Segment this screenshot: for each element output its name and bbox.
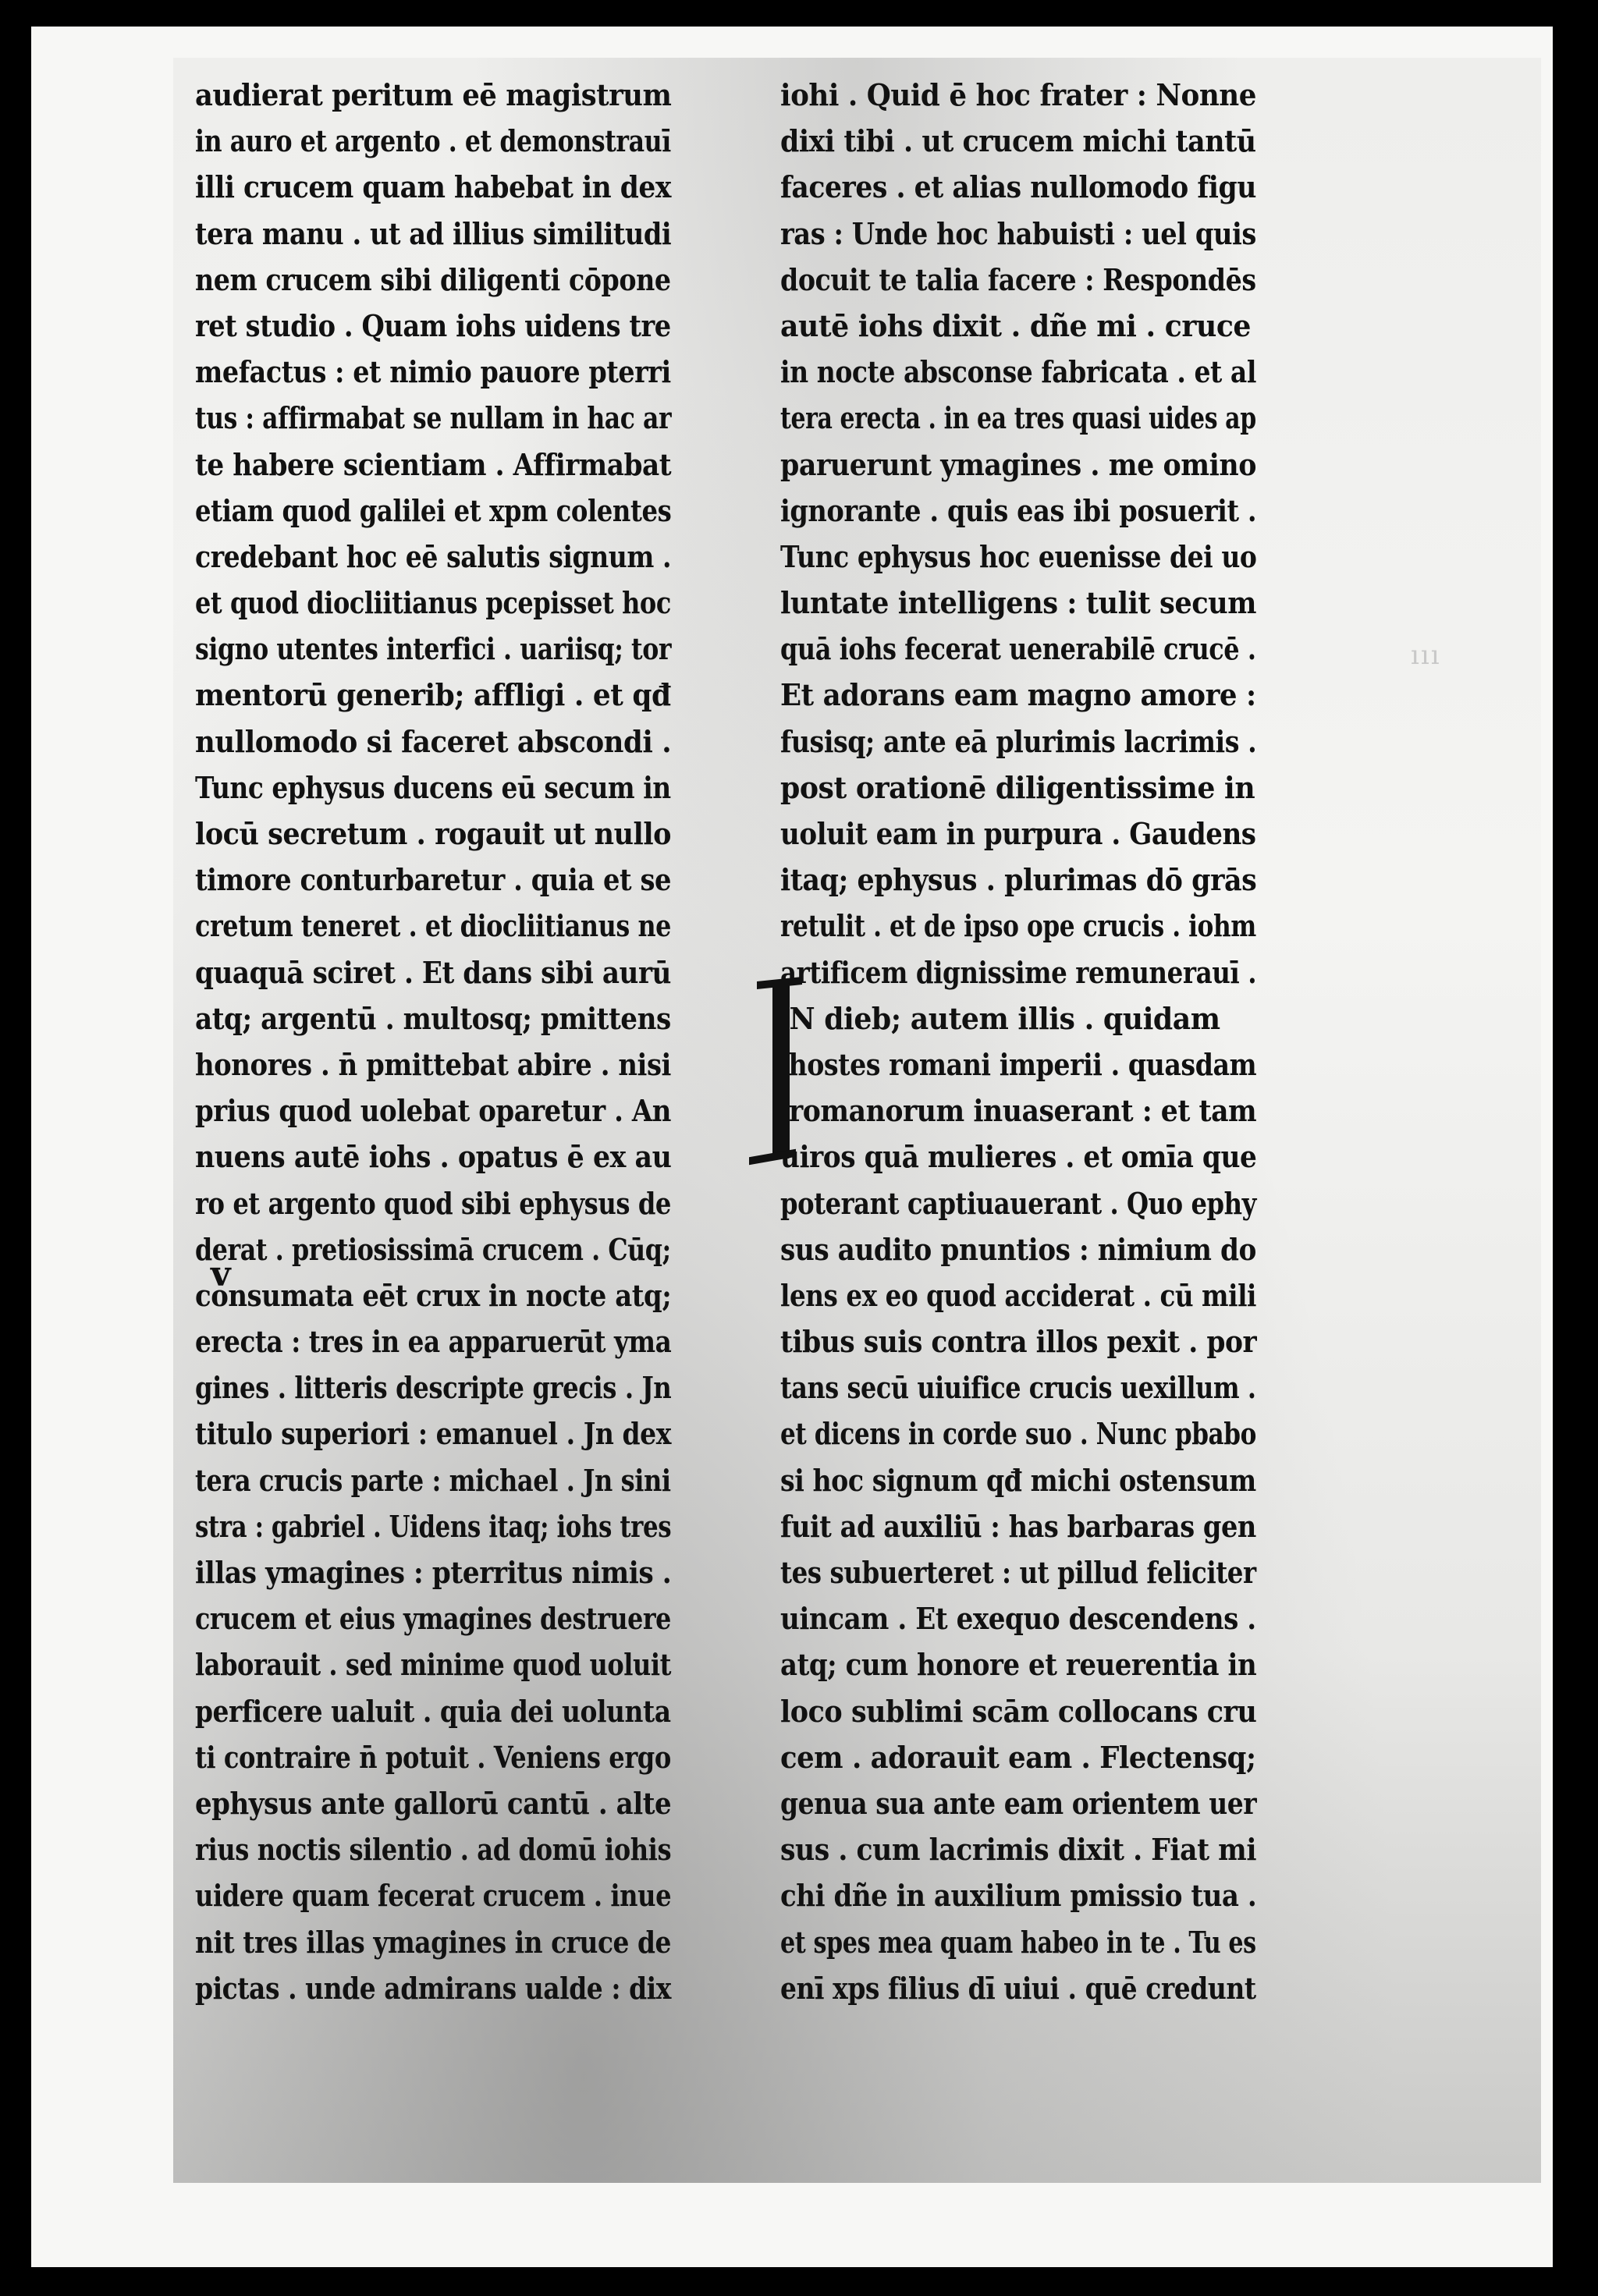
text-line: iohi . Quid ē hoc frater : Nonne: [780, 72, 1249, 118]
text-line: si hoc signum qđ michi ostensum: [780, 1457, 1216, 1503]
text-line: nem crucem sibi diligenti cōpone: [195, 257, 632, 303]
text-line: erecta : tres in ea apparuerūt yma: [195, 1318, 624, 1364]
text-line: tera manu . ut ad illius similitudi: [195, 211, 637, 257]
text-line: romanorum inuaserant : et tam: [780, 1088, 1236, 1134]
text-line: fusisq; ante eā plurimis lacrimis .: [780, 719, 1216, 765]
text-line: dixi tibi . ut crucem michi tantū: [780, 118, 1238, 164]
text-line: luntate intelligens : tulit secum: [780, 580, 1242, 626]
text-line: sus audito pnuntios : nimium do: [780, 1226, 1231, 1272]
text-line: mentorū generib; affligi . et qđ: [195, 672, 666, 718]
text-line: autē iohs dixit . dñe mi . cruce: [780, 303, 1256, 349]
text-line: enī xps filius dī uiui . quē credunt: [780, 1965, 1213, 2011]
text-line: quā iohs fecerat uenerabilē crucē .: [780, 626, 1200, 672]
text-line: et dicens in corde suo . Nunc pbabo: [780, 1411, 1188, 1457]
right-text-column: iohi . Quid ē hoc frater : Nonnedixi tib…: [780, 72, 1280, 2011]
text-line: nullomodo si faceret abscondi .: [195, 719, 662, 765]
text-line: audierat peritum eē magistrum: [195, 72, 659, 118]
text-line: fuit ad auxiliū : has barbaras gen: [780, 1503, 1222, 1549]
text-line: laborauit . sed minime quod uoluit: [195, 1641, 616, 1687]
text-line: tans secū uiuifice crucis uexillum .: [780, 1364, 1199, 1411]
text-line: cem . adorauit eam . Flectensq;: [780, 1734, 1245, 1780]
text-line: tes subuerteret : ut pillud feliciter: [780, 1549, 1207, 1595]
text-line: poterant captiuauerant . Quo ephy: [780, 1180, 1203, 1226]
text-line: perficere ualuit . quia dei uolunta: [195, 1688, 627, 1734]
text-line: tibus suis contra illos pexit . por: [780, 1318, 1233, 1364]
text-line: loco sublimi scām collocans cru: [780, 1688, 1239, 1734]
text-line: faceres . et alias nullomodo figu: [780, 164, 1235, 210]
text-line: ignorante . quis eas ibi posuerit .: [780, 488, 1223, 534]
text-line: quaquā sciret . Et dans sibi aurū: [195, 949, 645, 995]
text-line: tus : affirmabat se nullam in hac ar: [195, 395, 609, 441]
text-line: mefactus : et nimio pauore pterri: [195, 349, 634, 395]
text-line: signo utentes interfici . uariisq; tor: [195, 626, 610, 672]
text-line: consumata eēt crux in nocte atq;: [195, 1272, 641, 1318]
text-line: atq; argentū . multosq; pmittens: [195, 995, 645, 1042]
text-line: timore conturbaretur . quia et se: [195, 857, 638, 903]
text-line: rius noctis silentio . ad domū iohis: [195, 1826, 617, 1872]
text-line: tera erecta . in ea tres quasi uides ap: [780, 395, 1174, 441]
text-line: derat . pretiosissimā crucem . Cūq;: [195, 1226, 612, 1272]
text-line: itaq; ephysus . plurimas dō grās: [780, 857, 1238, 903]
text-line: uincam . Et exequo descendens .: [780, 1595, 1229, 1641]
text-line: ephysus ante gallorū cantū . alte: [195, 1780, 641, 1826]
text-line: post orationē diligentissime in: [780, 765, 1256, 811]
text-line: N dieb; autem illis . quidam: [780, 995, 1256, 1042]
text-line: illi crucem quam habebat in dex: [195, 164, 648, 210]
text-line: et quod diocliitianus pcepisset hoc: [195, 580, 615, 626]
text-line: crucem et eius ymagines destruere: [195, 1595, 612, 1641]
text-line: illas ymagines : pterritus nimis .: [195, 1549, 647, 1595]
left-text-column: audierat peritum eē magistrumin auro et …: [195, 72, 694, 2011]
text-line: nit tres illas ymagines in cruce de: [195, 1919, 627, 1965]
text-line: honores . n̄ pmittebat abire . nisi: [195, 1042, 640, 1088]
text-line: uiros quā mulieres . et omīa que: [780, 1134, 1231, 1180]
text-line: nuens autē iohs . opatus ē ex au: [195, 1134, 652, 1180]
text-line: te habere scientiam . Affirmabat: [195, 442, 646, 488]
initial-stem: [772, 983, 790, 1159]
text-line: Tunc ephysus ducens eū secum in: [195, 765, 627, 811]
text-line: docuit te talia facere : Respondēs: [780, 257, 1217, 303]
text-line: credebant hoc eē salutis signum .: [195, 534, 630, 580]
text-line: uidere quam fecerat crucem . inue: [195, 1872, 617, 1918]
text-line: gines . litteris descripte grecis . Jn: [195, 1364, 620, 1411]
text-line: ro et argento quod sibi ephysus de: [195, 1180, 618, 1226]
text-line: in auro et argento . et demonstrauī: [195, 118, 610, 164]
text-line: in nocte absconse fabricata . et al: [780, 349, 1214, 395]
text-line: stra : gabriel . Uidens itaq; iohs tres: [195, 1503, 601, 1549]
text-line: ras : Unde hoc habuisti : uel quis: [780, 211, 1223, 257]
text-line: cretum teneret . et diocliitianus ne: [195, 903, 613, 949]
text-line: atq; cum honore et reuerentia in: [780, 1641, 1227, 1687]
text-line: ti contraire n̄ potuit . Veniens ergo: [195, 1734, 617, 1780]
text-line: paruerunt ymagines . me omino: [780, 442, 1238, 488]
text-line: hostes romani imperii . quasdam: [780, 1042, 1216, 1088]
text-line: et spes mea quam habeo in te . Tu es: [780, 1919, 1177, 1965]
bleed-through-mark: ııı: [1411, 640, 1441, 671]
text-line: Et adorans eam magno amore :: [780, 672, 1248, 718]
text-line: tera crucis parte : michael . Jn sini: [195, 1457, 616, 1503]
text-line: sus . cum lacrimis dixit . Fiat mi: [780, 1826, 1235, 1872]
text-line: titulo superiori : emanuel . Jn dex: [195, 1411, 629, 1457]
text-line: prius quod uolebat oparetur . An: [195, 1088, 641, 1134]
text-line: genua sua ante eam orientem uer: [780, 1780, 1213, 1826]
text-line: locū secretum . rogauit ut nullo: [195, 811, 655, 857]
text-line: retulit . et de ipso ope crucis . iohm: [780, 903, 1190, 949]
text-line: uoluit eam in purpura . Gaudens: [780, 811, 1228, 857]
text-line: artificem dignissime remunerauī .: [780, 949, 1208, 995]
text-line: pictas . unde admirans ualde : dix: [195, 1965, 628, 2011]
text-line: ret studio . Quam iohs uidens tre: [195, 303, 637, 349]
text-line: chi dñe in auxilium pmissio tua .: [780, 1872, 1227, 1918]
text-line: lens ex eo quod acciderat . cū mili: [780, 1272, 1209, 1318]
text-line: Tunc ephysus hoc euenisse dei uo: [780, 534, 1213, 580]
text-line: etiam quod galilei et xpm colentes: [195, 488, 620, 534]
